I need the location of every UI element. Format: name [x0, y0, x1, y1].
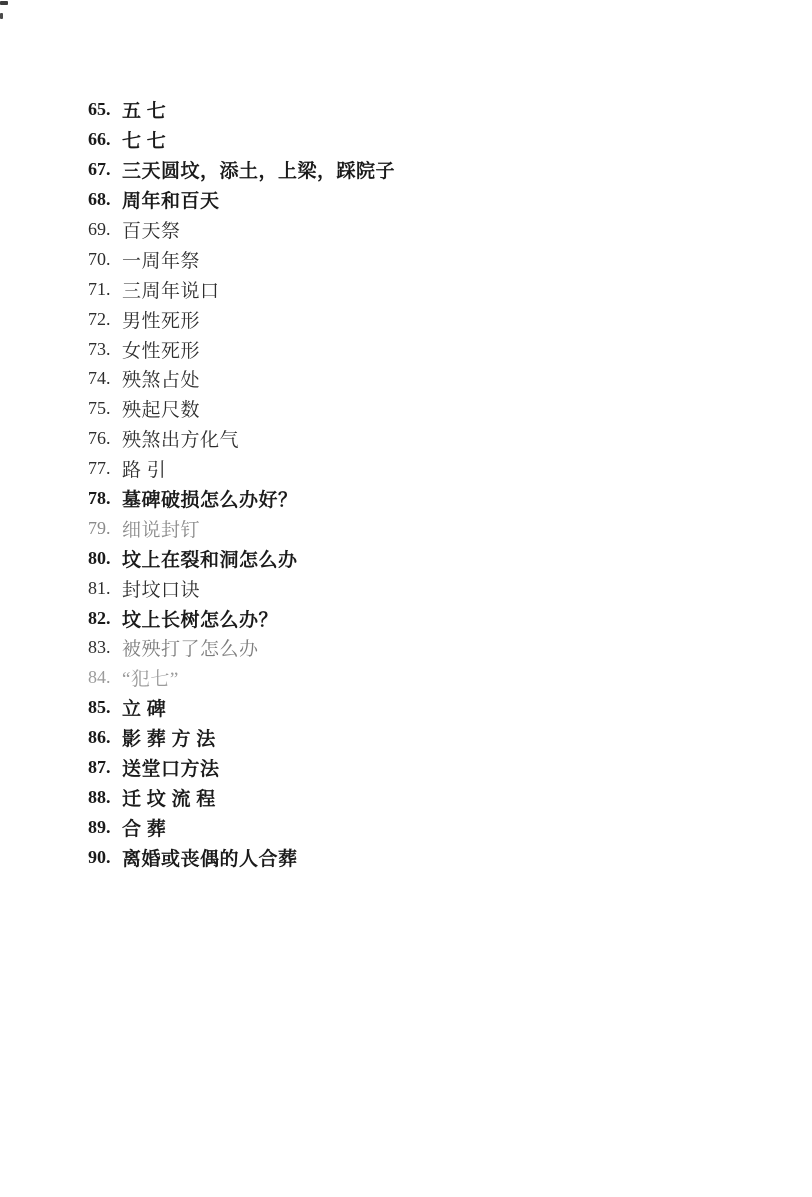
- scan-artifact: [0, 1, 8, 5]
- toc-item-text: 封坟口诀: [122, 575, 772, 602]
- toc-item-number: 67.: [88, 159, 122, 180]
- toc-item-number: 84.: [88, 667, 122, 688]
- toc-item-text: 细说封钉: [122, 515, 772, 542]
- toc-item-number: 78.: [88, 488, 122, 509]
- toc-item-text: 墓碑破损怎么办好？: [122, 485, 772, 512]
- toc-item-number: 83.: [88, 637, 122, 658]
- toc-item: 66. 七 七: [88, 125, 772, 155]
- toc-item-text: 送堂口方法: [122, 754, 772, 781]
- toc-item-number: 66.: [88, 129, 122, 150]
- toc-item-text: 一周年祭: [122, 246, 772, 273]
- toc-item: 65. 五 七: [88, 95, 772, 125]
- toc-item: 84. “犯七”: [88, 663, 772, 693]
- toc-item-number: 81.: [88, 578, 122, 599]
- toc-item-text: 百天祭: [122, 216, 772, 243]
- toc-item-text: 迁 坟 流 程: [122, 784, 772, 811]
- toc-item-text: 三天圆坟，添土，上梁，踩院子: [122, 156, 772, 183]
- toc-item-number: 70.: [88, 249, 122, 270]
- toc-item: 78. 墓碑破损怎么办好？: [88, 484, 772, 514]
- toc-item-number: 75.: [88, 398, 122, 419]
- toc-item: 81. 封坟口诀: [88, 573, 772, 603]
- toc-list: 65. 五 七 66. 七 七 67. 三天圆坟，添土，上梁，踩院子 68. 周…: [0, 0, 812, 872]
- toc-item-text: 坟上在裂和洞怎么办: [122, 545, 772, 572]
- toc-item: 82. 坟上长树怎么办？: [88, 603, 772, 633]
- toc-item-text: 殃煞出方化气: [122, 425, 772, 452]
- toc-item: 67. 三天圆坟，添土，上梁，踩院子: [88, 155, 772, 185]
- toc-item-text: 男性死形: [122, 306, 772, 333]
- toc-item-number: 85.: [88, 697, 122, 718]
- toc-item: 74. 殃煞占处: [88, 364, 772, 394]
- toc-item-number: 79.: [88, 518, 122, 539]
- toc-item: 86. 影 葬 方 法: [88, 723, 772, 753]
- document-page: 65. 五 七 66. 七 七 67. 三天圆坟，添土，上梁，踩院子 68. 周…: [0, 0, 812, 1197]
- toc-item-number: 87.: [88, 757, 122, 778]
- toc-item-number: 89.: [88, 817, 122, 838]
- toc-item: 80. 坟上在裂和洞怎么办: [88, 543, 772, 573]
- toc-item-number: 86.: [88, 727, 122, 748]
- toc-item: 72. 男性死形: [88, 304, 772, 334]
- toc-item-text: 女性死形: [122, 336, 772, 363]
- toc-item-number: 72.: [88, 309, 122, 330]
- toc-item: 90. 离婚或丧偶的人合葬: [88, 842, 772, 872]
- toc-item: 77. 路 引: [88, 454, 772, 484]
- toc-item: 68. 周年和百天: [88, 185, 772, 215]
- toc-item: 85. 立 碑: [88, 693, 772, 723]
- toc-item-text: 立 碑: [122, 694, 772, 721]
- toc-item-text: 殃煞占处: [122, 365, 772, 392]
- toc-item-number: 77.: [88, 458, 122, 479]
- toc-item: 89. 合 葬: [88, 812, 772, 842]
- toc-item-text: 离婚或丧偶的人合葬: [122, 844, 772, 871]
- toc-item-number: 88.: [88, 787, 122, 808]
- toc-item-number: 73.: [88, 339, 122, 360]
- toc-item: 88. 迁 坟 流 程: [88, 782, 772, 812]
- toc-item-text: 三周年说口: [122, 276, 772, 303]
- toc-item-number: 71.: [88, 279, 122, 300]
- toc-item-number: 76.: [88, 428, 122, 449]
- toc-item: 75. 殃起尺数: [88, 394, 772, 424]
- toc-item-text: 周年和百天: [122, 186, 772, 213]
- toc-item-text: 被殃打了怎么办: [122, 634, 772, 661]
- toc-item: 70. 一周年祭: [88, 244, 772, 274]
- toc-item: 83. 被殃打了怎么办: [88, 633, 772, 663]
- toc-item: 71. 三周年说口: [88, 274, 772, 304]
- toc-item-text: 殃起尺数: [122, 395, 772, 422]
- toc-item: 76. 殃煞出方化气: [88, 424, 772, 454]
- toc-item-number: 90.: [88, 847, 122, 868]
- toc-item-text: 路 引: [122, 455, 772, 482]
- toc-item-number: 65.: [88, 99, 122, 120]
- toc-item-number: 69.: [88, 219, 122, 240]
- toc-item-number: 80.: [88, 548, 122, 569]
- toc-item-text: 七 七: [122, 126, 772, 153]
- toc-item-text: 五 七: [122, 96, 772, 123]
- toc-item: 79. 细说封钉: [88, 513, 772, 543]
- scan-artifact: [0, 13, 3, 19]
- toc-item: 87. 送堂口方法: [88, 753, 772, 783]
- toc-item-text: 合 葬: [122, 814, 772, 841]
- toc-item-number: 68.: [88, 189, 122, 210]
- toc-item: 69. 百天祭: [88, 215, 772, 245]
- toc-item: 73. 女性死形: [88, 334, 772, 364]
- toc-item-text: 影 葬 方 法: [122, 724, 772, 751]
- toc-item-number: 74.: [88, 368, 122, 389]
- toc-item-number: 82.: [88, 608, 122, 629]
- toc-item-text: 坟上长树怎么办？: [122, 605, 772, 632]
- toc-item-text: “犯七”: [122, 664, 772, 691]
